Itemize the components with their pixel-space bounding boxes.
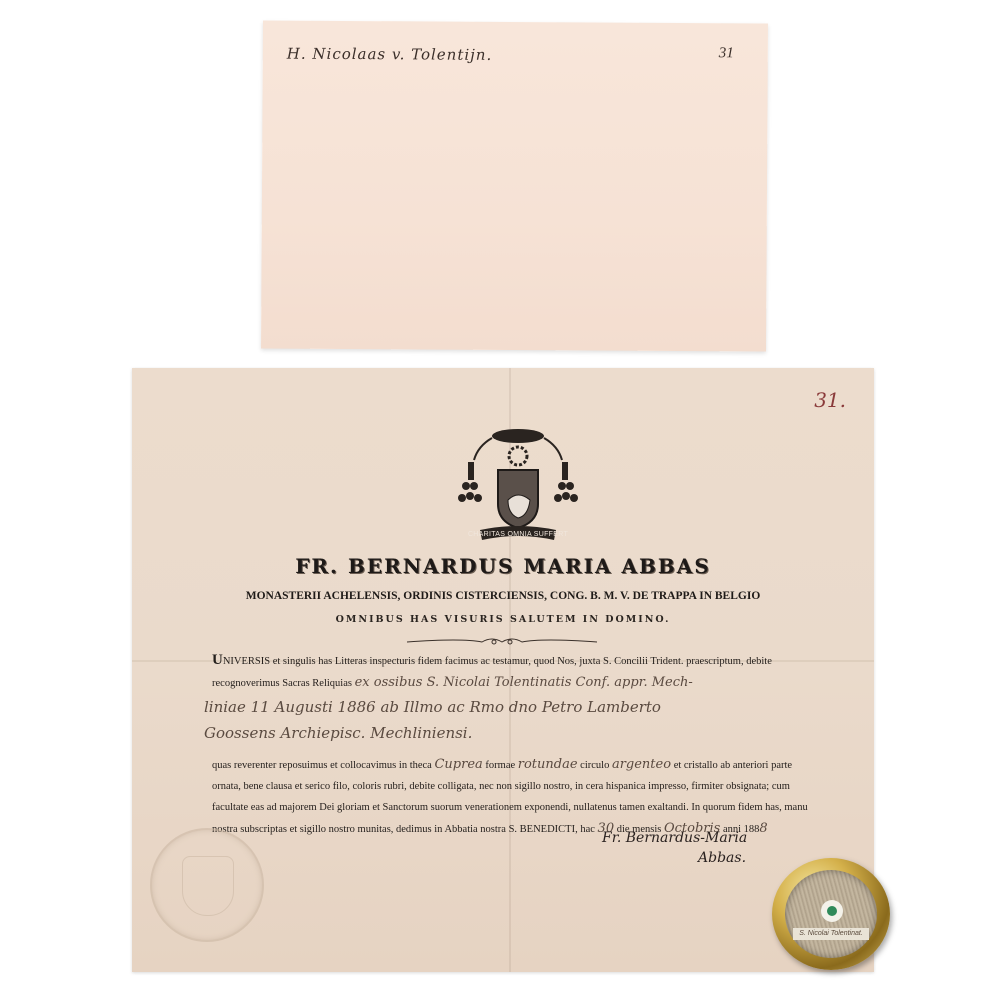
issuer-name: FR. BERNARDUS MARIA ABBAS <box>132 554 874 578</box>
certificate-number: 31. <box>814 388 846 412</box>
signature-name: Fr. Bernardus-Maria <box>602 830 747 846</box>
handwritten-relic-origin: ex ossibus S. Nicolai Tolentinatis Conf.… <box>355 675 693 690</box>
abbot-signature: Fr. Bernardus-Maria Abbas. <box>602 830 747 866</box>
envelope-title: H. Nicolaas v. Tolentijn. <box>287 45 493 64</box>
handwritten-material: Cuprea <box>434 757 482 772</box>
coat-of-arms-icon: CHARITAS OMNIA SUFFERT <box>458 426 578 544</box>
certification-paragraph: UNIVERSIS et singulis has Litteras inspe… <box>212 650 822 746</box>
envelope: H. Nicolaas v. Tolentijn. 31 <box>261 20 768 351</box>
sealing-paragraph: quas reverenter reposuimus et collocavim… <box>212 754 822 840</box>
signature-title: Abbas. <box>698 850 747 866</box>
envelope-number: 31 <box>719 45 734 62</box>
handwritten-year-digit: 8 <box>759 821 767 836</box>
monastery-line: MONASTERII ACHELENSIS, ORDINIS CISTERCIE… <box>132 590 874 602</box>
reliquary-theca: S. Nicolai Tolentinat. <box>772 858 890 970</box>
handwritten-circle: argenteo <box>612 757 671 772</box>
flourish-divider-icon <box>402 634 602 648</box>
greeting-line: OMNIBUS HAS VISURIS SALUTEM IN DOMINO. <box>132 614 874 625</box>
handwritten-relic-date: liniae 11 Augusti 1886 ab Illmo ac Rmo d… <box>204 694 822 720</box>
printed-text: formae <box>483 760 518 771</box>
handwritten-shape: rotundae <box>518 757 578 772</box>
seal-shield-icon <box>182 856 234 916</box>
relic-label: S. Nicolai Tolentinat. <box>793 928 869 940</box>
printed-text: quas reverenter reposuimus et collocavim… <box>212 760 434 771</box>
printed-text: circulo <box>578 760 612 771</box>
crest-motto: CHARITAS OMNIA SUFFERT <box>468 531 568 538</box>
drop-cap: U <box>212 652 223 668</box>
relic-certificate: 31. CHARITAS OMNIA SUFFERT FR. BERNARDUS… <box>132 368 874 972</box>
reliquary-glass: S. Nicolai Tolentinat. <box>785 870 877 958</box>
handwritten-archbishop: Goossens Archiepisc. Mechliniensi. <box>204 720 822 746</box>
relic-icon <box>821 900 843 922</box>
first-word: NIVERSIS <box>223 656 270 667</box>
embossed-seal-icon <box>150 828 264 942</box>
